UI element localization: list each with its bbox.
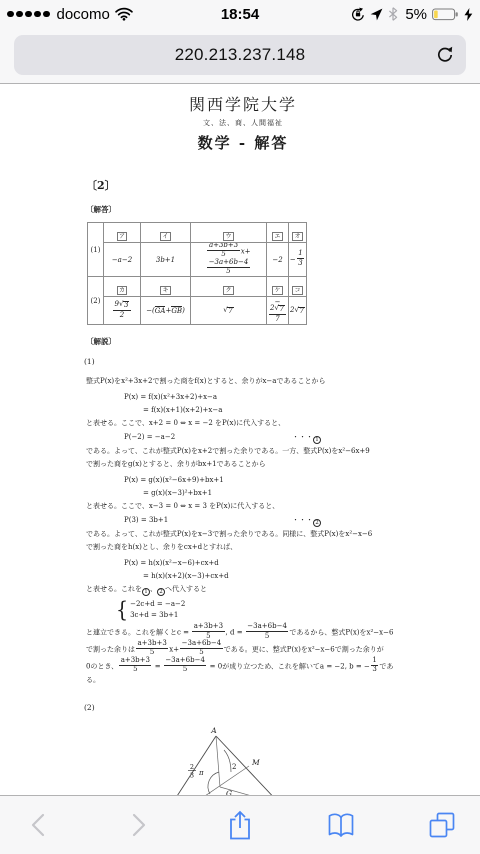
charging-bolt-icon <box>464 8 473 21</box>
solution-line: P(x) = g(x)(x²−6x+9)+bx+1 <box>124 474 400 486</box>
system-brace: { <box>116 599 128 621</box>
solution-line: = g(x)(x−3)²+bx+1 <box>143 487 400 499</box>
battery-percent-label: 5% <box>405 6 427 23</box>
refresh-icon[interactable] <box>435 45 455 65</box>
row-label: (2) <box>88 277 104 325</box>
solution-line: と連立できる。これを解くとc = a+3b+35, d = −3a+6b−45で… <box>86 624 400 641</box>
column-key-cell: キ <box>141 277 191 297</box>
document: 関西学院大学 文、法、商、人間福祉 数学 - 解答 〔2〕 〔解答〕 (1)アイ… <box>0 84 480 795</box>
column-key-cell: カ <box>104 277 141 297</box>
triangle-figure: A B C M G 2 3 2 3 <box>144 724 400 795</box>
solution-line: と表せる。これを1、2へ代入すると <box>86 583 400 596</box>
web-content: 関西学院大学 文、法、商、人間福祉 数学 - 解答 〔2〕 〔解答〕 (1)アイ… <box>0 84 480 795</box>
equation-number: ・・・1 <box>292 431 321 444</box>
solution-line: = f(x)(x+1)(x+2)+x−a <box>143 404 400 416</box>
location-icon <box>370 8 383 21</box>
solution-line: P(3) = 3b+1・・・2 <box>124 514 400 527</box>
answer-cell: 9√32 <box>104 297 141 325</box>
column-key-cell: コ <box>289 277 307 297</box>
status-bar: docomo 18:54 <box>0 0 480 28</box>
solution-line: P(x) = h(x)(x²−x−6)+cx+d <box>124 557 400 569</box>
section-number: 〔2〕 <box>86 177 400 193</box>
column-key-cell: ウ <box>191 223 267 243</box>
column-key-cell: オ <box>289 223 307 243</box>
share-button[interactable] <box>218 803 262 847</box>
solution-line: {−2c+d = −a−23c+d = 3b+1 <box>116 599 400 621</box>
solution-line: と表せる。ここで、x+2 = 0 ⇔ x = −2 をP(x)に代入すると、 <box>86 417 400 430</box>
column-key-cell: ア <box>104 223 141 243</box>
solution-line: で割った商をh(x)とし、余りをcx+dとすれば、 <box>86 541 400 554</box>
tabs-button[interactable] <box>420 803 464 847</box>
angle-label: 2 3 π <box>188 763 204 780</box>
angle-denominator: 3 <box>190 772 194 780</box>
solution-line: と表せる。ここで、x−3 = 0 ⇔ x = 3 をP(x)に代入すると、 <box>86 500 400 513</box>
answer-cell: −2√77 <box>267 297 289 325</box>
solution-line: 0のとき、a+3b+35 = −3a+6b−45 = 0が成り立つため、これを解… <box>86 658 400 688</box>
solution-line: = h(x)(x+2)(x−3)+cx+d <box>143 570 400 582</box>
column-key-cell: イ <box>141 223 191 243</box>
answer-table-body: (1)アイウエオ−a−23b+1a+3b+35x+−3a+6b−45−2−13(… <box>88 223 307 325</box>
faculties-subtitle: 文、法、商、人間福祉 <box>46 118 440 128</box>
point-m-label: M <box>251 758 260 767</box>
url-bar: 220.213.237.148 <box>0 28 480 84</box>
bluetooth-icon <box>388 7 398 21</box>
answer-cell: 3b+1 <box>141 243 191 277</box>
status-right: 5% <box>351 6 473 23</box>
page-title: 数学 - 解答 <box>46 132 440 153</box>
wifi-icon <box>115 7 133 21</box>
vertex-a-label: A <box>210 726 217 735</box>
battery-icon <box>432 8 459 21</box>
answer-label: 〔解答〕 <box>86 204 400 215</box>
signal-dots-icon <box>7 11 50 18</box>
answer-cell: √7 <box>191 297 267 325</box>
angle-pi: π <box>198 769 204 777</box>
answer-cell: a+3b+35x+−3a+6b−45 <box>191 243 267 277</box>
column-key-cell: エ <box>267 223 289 243</box>
column-key-cell: ク <box>191 277 267 297</box>
answer-cell: −(GA+GB) <box>141 297 191 325</box>
answer-cell: −2 <box>267 243 289 277</box>
column-key-cell: ケ <box>267 277 289 297</box>
status-left: docomo <box>7 6 133 23</box>
answer-cell: 2√7 <box>289 297 307 325</box>
part2-label: (2) <box>84 703 400 712</box>
table-value-row: 9√32−(GA+GB)√7−2√772√7 <box>88 297 307 325</box>
part1-label: (1) <box>84 357 400 366</box>
university-title: 関西学院大学 <box>46 92 440 115</box>
table-value-row: −a−23b+1a+3b+35x+−3a+6b−45−2−13 <box>88 243 307 277</box>
answer-table: (1)アイウエオ−a−23b+1a+3b+35x+−3a+6b−45−2−13(… <box>87 222 307 325</box>
solution-line: である。よって、これが整式P(x)をx+2で割った余りである。一方、整式P(x)… <box>86 445 400 458</box>
safari-toolbar <box>0 795 480 854</box>
explanation-label: 〔解説〕 <box>86 336 400 347</box>
answer-cell: −a−2 <box>104 243 141 277</box>
iphone-screen: docomo 18:54 <box>0 0 480 854</box>
back-button[interactable] <box>16 803 60 847</box>
solution-line: P(−2) = −a−2・・・1 <box>124 431 400 444</box>
solution-line: 整式P(x)をx²+3x+2で割った商をf(x)とすると、余りがx−aであること… <box>86 375 400 388</box>
solution-part1: 整式P(x)をx²+3x+2で割った商をf(x)とすると、余りがx−aであること… <box>86 375 400 687</box>
forward-button[interactable] <box>117 803 161 847</box>
table-header-row: (2)カキクケコ <box>88 277 307 297</box>
row-label: (1) <box>88 223 104 277</box>
address-field[interactable]: 220.213.237.148 <box>14 35 466 75</box>
angle-numerator: 2 <box>190 763 194 771</box>
carrier-label: docomo <box>57 6 110 23</box>
answer-cell: −13 <box>289 243 307 277</box>
document-header: 関西学院大学 文、法、商、人間福祉 数学 - 解答 <box>46 92 440 153</box>
segment-ga-label: 2 <box>232 763 236 771</box>
table-header-row: (1)アイウエオ <box>88 223 307 243</box>
solution-line: で割った商をg(x)とすると、余りがbx+1であることから <box>86 458 400 471</box>
solution-line: P(x) = f(x)(x²+3x+2)+x−a <box>124 391 400 403</box>
url-text: 220.213.237.148 <box>175 45 306 65</box>
solution-line: である。よって、これが整式P(x)をx−3で割った余りである。同様に、整式P(x… <box>86 528 400 541</box>
bookmarks-button[interactable] <box>319 803 363 847</box>
equation-number: ・・・2 <box>292 514 321 527</box>
orientation-lock-icon <box>351 7 365 21</box>
